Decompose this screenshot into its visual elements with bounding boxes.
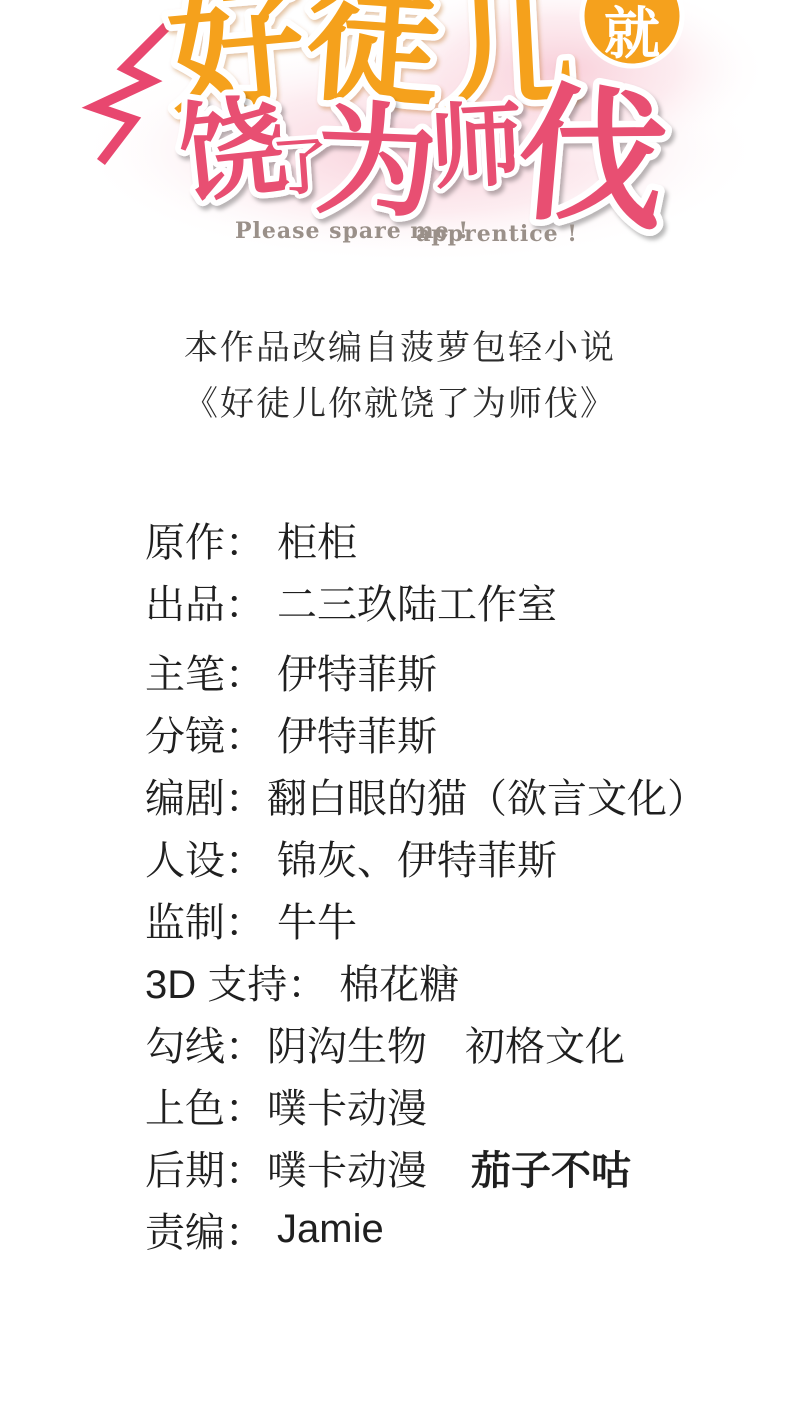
credit-value: 噗卡动漫 <box>267 1139 427 1196</box>
adaptation-note: 本作品改编自菠萝包轻小说 《好徒儿你就饶了为师伐》 <box>0 320 800 432</box>
credit-label: 主笔： <box>145 643 265 700</box>
credit-row-supervisor: 监制： 牛牛 <box>145 888 800 950</box>
credit-value: 锦灰、伊特菲斯 <box>277 829 557 886</box>
credit-row-screenwriter: 编剧： 翻白眼的猫（欲言文化） <box>145 764 800 826</box>
credit-value: Jamie <box>277 1207 384 1252</box>
credit-value: 阴沟生物 <box>267 1015 427 1072</box>
title-logo: 好 徒 儿 就 饶 了 为 师 伐 Please spare me ! appr… <box>0 0 800 270</box>
logo-char-shi: 师 <box>428 94 525 201</box>
credit-value: 噗卡动漫 <box>267 1077 427 1134</box>
credit-row-storyboard: 分镜： 伊特菲斯 <box>145 702 800 764</box>
credit-label: 3D 支持： <box>145 953 327 1010</box>
credit-value-extra: 初格文化 <box>465 1015 625 1072</box>
credit-label: 监制： <box>145 891 265 948</box>
credit-label: 上色： <box>145 1077 265 1134</box>
credit-row-3d-support: 3D 支持： 棉花糖 <box>145 950 800 1012</box>
credit-value: 柜柜 <box>277 511 357 568</box>
credit-row-producer: 出品： 二三玖陆工作室 <box>145 570 800 632</box>
credit-row-lead-artist: 主笔： 伊特菲斯 <box>145 640 800 702</box>
title-logo-graphic: 好 徒 儿 就 饶 了 为 师 伐 Please spare me ! appr… <box>0 0 800 270</box>
credits-list: 原作： 柜柜 出品： 二三玖陆工作室 主笔： 伊特菲斯 分镜： 伊特菲斯 编剧：… <box>0 508 800 1260</box>
credit-row-post-production: 后期： 噗卡动漫 茄子不咕 <box>145 1136 800 1198</box>
credit-value: 伊特菲斯 <box>277 643 437 700</box>
credit-row-character-design: 人设： 锦灰、伊特菲斯 <box>145 826 800 888</box>
credit-label: 后期： <box>145 1139 265 1196</box>
credit-value: 翻白眼的猫（欲言文化） <box>267 767 707 824</box>
credit-value: 棉花糖 <box>339 953 459 1010</box>
badge-char-jiu: 就 <box>604 2 660 65</box>
credit-label: 分镜： <box>145 705 265 762</box>
credit-value: 牛牛 <box>277 891 357 948</box>
credit-label: 出品： <box>145 573 265 630</box>
credit-value: 伊特菲斯 <box>277 705 437 762</box>
credit-label: 责编： <box>145 1201 265 1258</box>
logo-char-wei: 为 <box>313 92 440 232</box>
credit-row-lineart: 勾线： 阴沟生物 初格文化 <box>145 1012 800 1074</box>
credit-label: 编剧： <box>145 767 265 824</box>
adaptation-note-line2: 《好徒儿你就饶了为师伐》 <box>0 376 800 432</box>
comic-credits-page: 好 徒 儿 就 饶 了 为 师 伐 Please spare me ! appr… <box>0 0 800 1411</box>
credit-label: 原作： <box>145 511 265 568</box>
credit-value: 二三玖陆工作室 <box>277 573 557 630</box>
credit-label: 勾线： <box>145 1015 265 1072</box>
credit-value-extra: 茄子不咕 <box>471 1139 631 1196</box>
credit-row-editor: 责编： Jamie <box>145 1198 800 1260</box>
credit-row-coloring: 上色： 噗卡动漫 <box>145 1074 800 1136</box>
adaptation-note-line1: 本作品改编自菠萝包轻小说 <box>0 320 800 376</box>
credit-row-original-author: 原作： 柜柜 <box>145 508 800 570</box>
logo-subtitle-right: apprentice ! <box>416 221 578 247</box>
credit-label: 人设： <box>145 829 265 886</box>
